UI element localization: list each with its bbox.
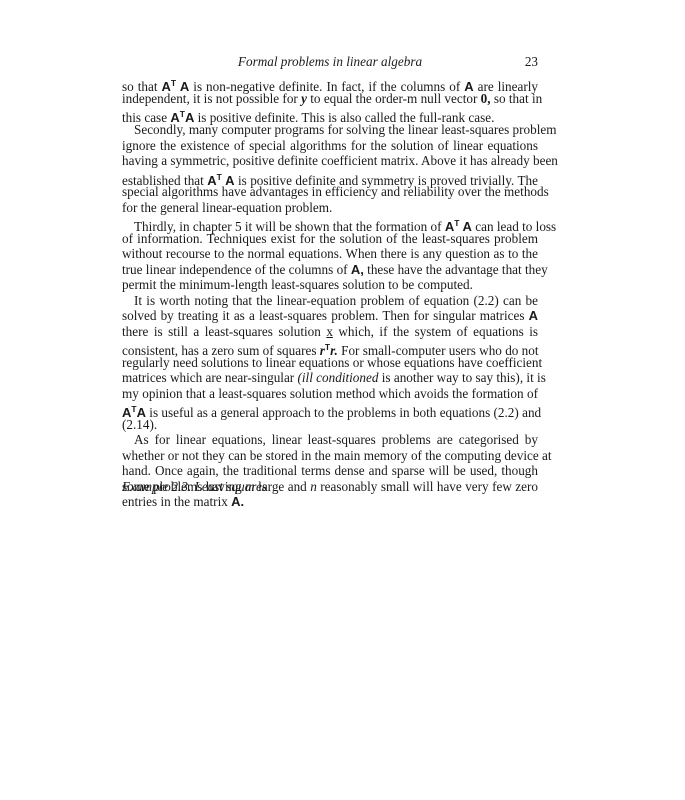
text-line: permit the minimum-length least-squares … [122, 277, 538, 293]
text-line: of information. Techniques exist for the… [122, 231, 538, 247]
text-line: Thirdly, in chapter 5 it will be shown t… [122, 215, 538, 231]
text-line: independent, it is not possible for y to… [122, 91, 538, 107]
text-line: there is still a least-squares solution … [122, 324, 538, 340]
text-line: matrices which are near-singular (ill co… [122, 370, 538, 386]
text-line: (2.14). [122, 417, 538, 433]
text-line: my opinion that a least-squares solution… [122, 386, 538, 402]
text-line: entries in the matrix A. [122, 494, 538, 510]
running-title: Formal problems in linear algebra [122, 54, 538, 70]
text-line: ATA is useful as a general approach to t… [122, 401, 538, 417]
text-line: this case ATA is positive definite. This… [122, 106, 538, 122]
page-number: 23 [525, 54, 538, 70]
example-heading: Example 2.3. Least squares [122, 479, 267, 495]
text-line: As for linear equations, linear least-sq… [122, 432, 538, 448]
text-line: regularly need solutions to linear equat… [122, 355, 538, 371]
text-line: ignore the existence of special algorith… [122, 138, 538, 154]
text-line: true linear independence of the columns … [122, 262, 538, 278]
text-line: without recourse to the normal equations… [122, 246, 538, 262]
text-line: Secondly, many computer programs for sol… [122, 122, 538, 138]
text-line: solved by treating it as a least-squares… [122, 308, 538, 324]
text-line: hand. Once again, the traditional terms … [122, 463, 538, 479]
text-line: whether or not they can be stored in the… [122, 448, 538, 464]
running-header: Formal problems in linear algebra 23 [122, 54, 538, 70]
text-line: special algorithms have advantages in ef… [122, 184, 538, 200]
text-line: It is worth noting that the linear-equat… [122, 293, 538, 309]
text-line: consistent, has a zero sum of squares rT… [122, 339, 538, 355]
text-line: for the general linear-equation problem. [122, 200, 538, 216]
text-line: established that AT A is positive defini… [122, 169, 538, 185]
text-line: having a symmetric, positive definite co… [122, 153, 538, 169]
text-line: so that AT A is non-negative definite. I… [122, 75, 538, 91]
